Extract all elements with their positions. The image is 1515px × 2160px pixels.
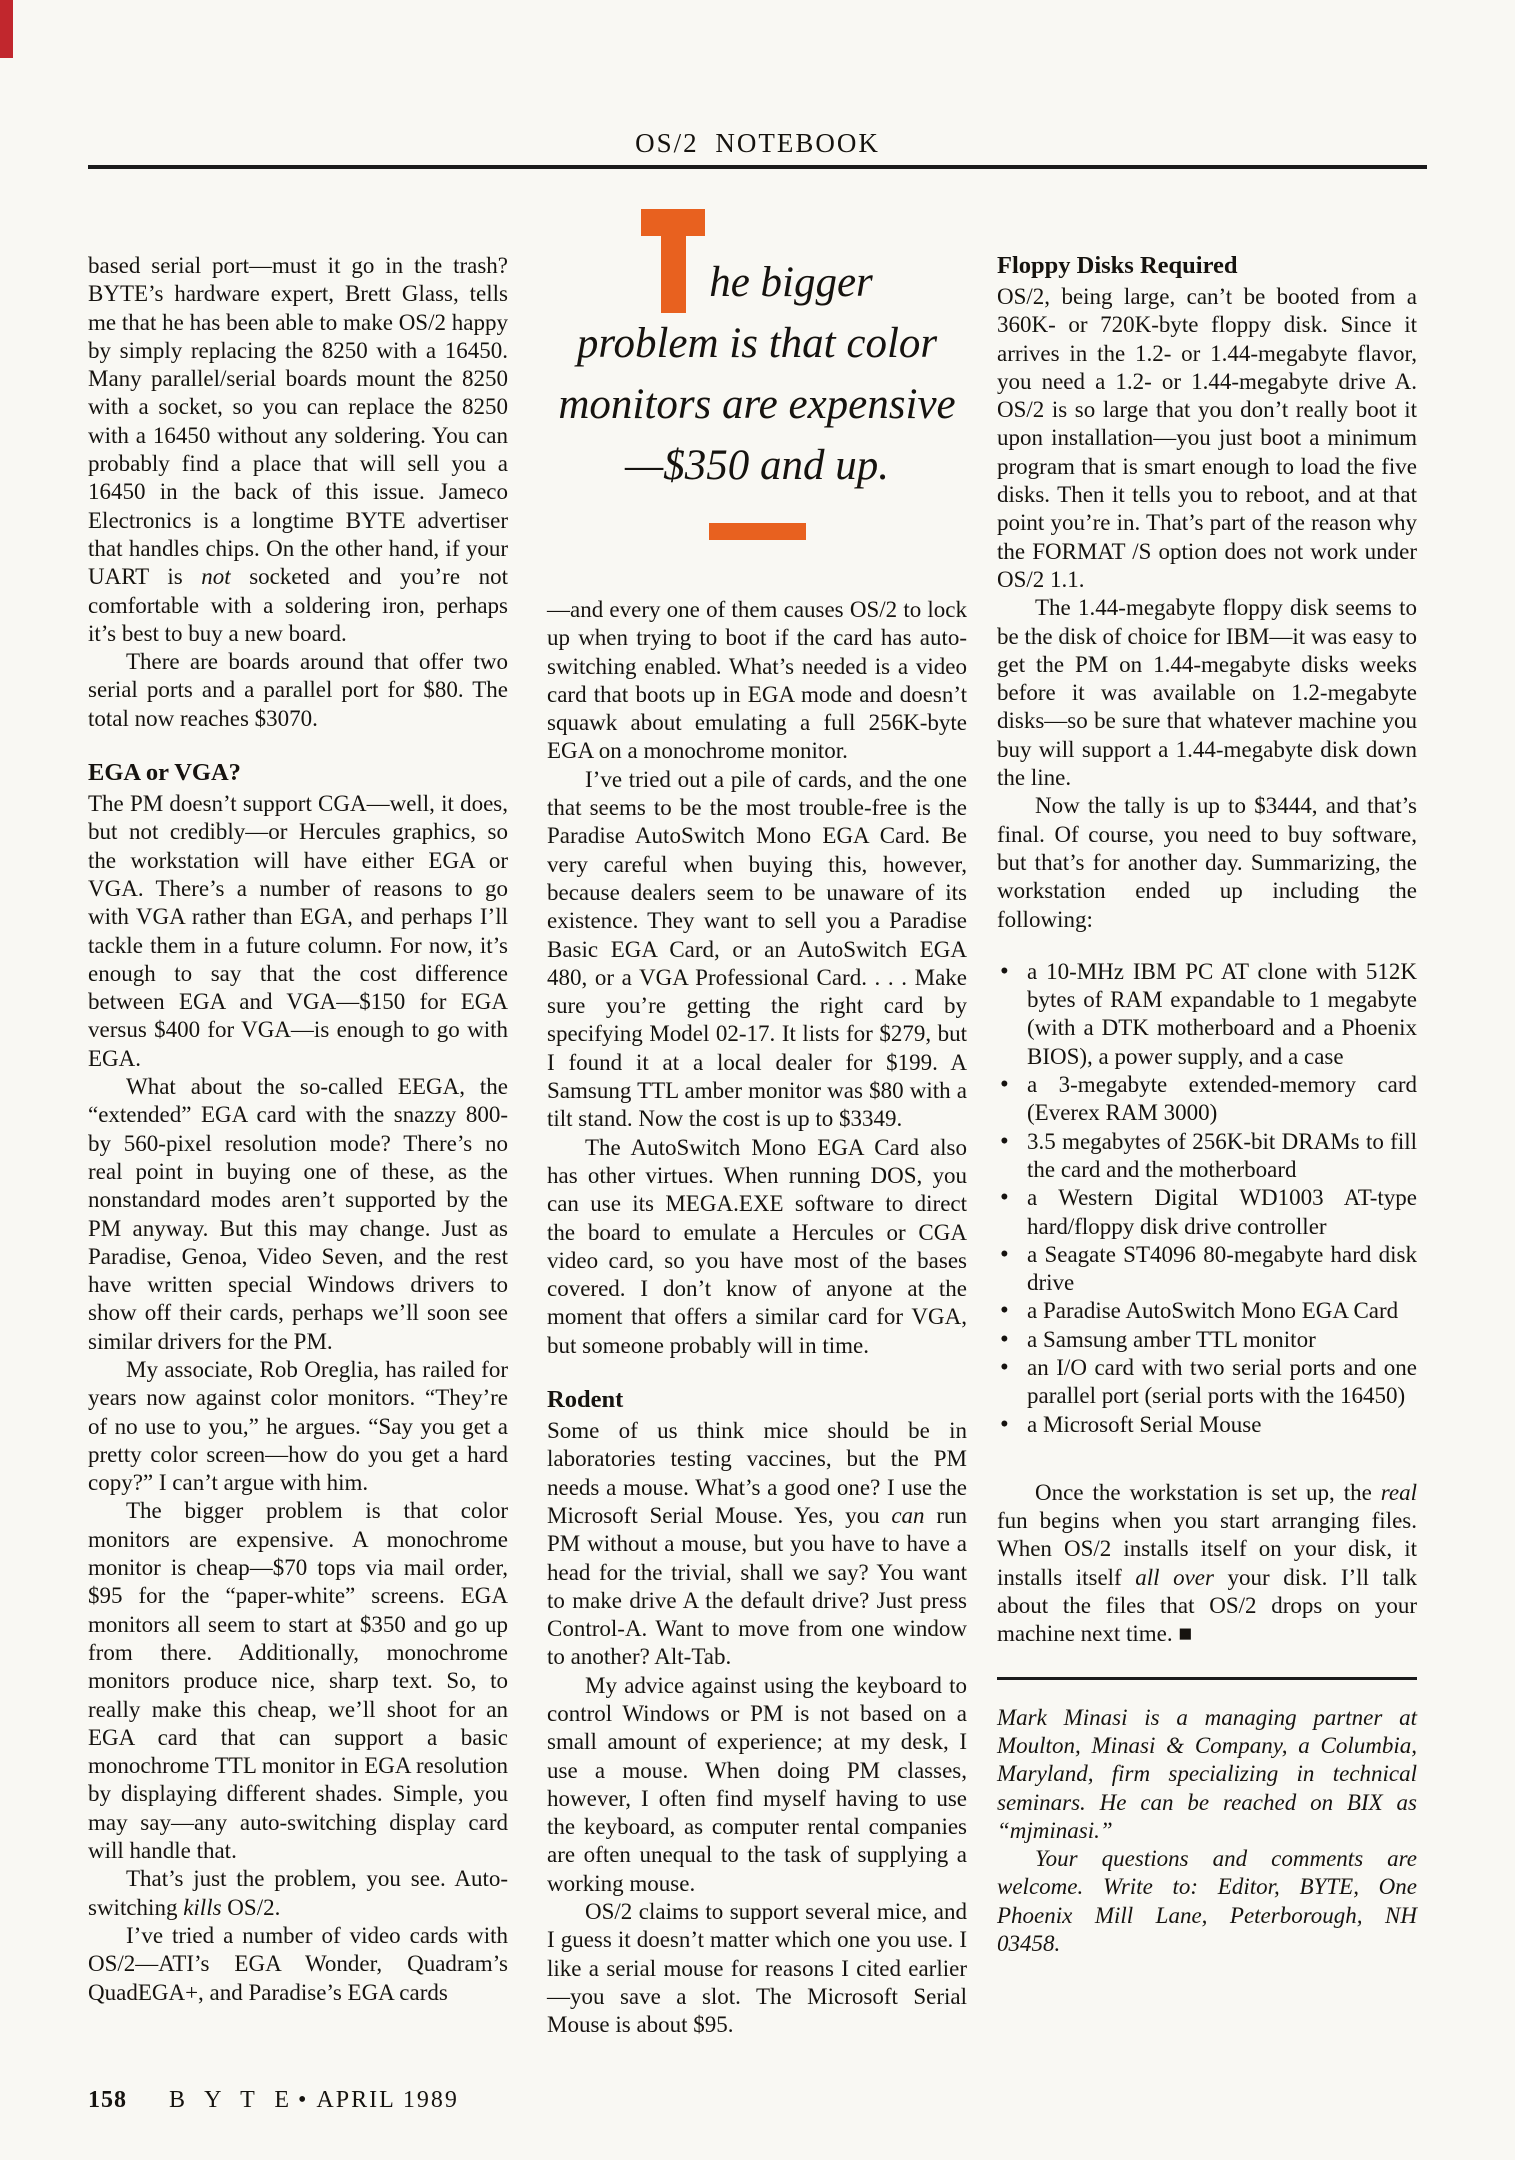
- section-heading-ega-or-vga: EGA or VGA?: [88, 759, 508, 787]
- list-item: a Seagate ST4096 80-megabyte hard disk d…: [1027, 1241, 1417, 1298]
- author-bio: Mark Minasi is a managing partner at Mou…: [997, 1704, 1417, 1845]
- pull-quote: T he bigger problem is that color monito…: [547, 205, 967, 540]
- column-2: T he bigger problem is that color monito…: [547, 205, 967, 2040]
- list-item: a Western Digital WD1003 AT-type hard/fl…: [1027, 1184, 1417, 1241]
- paragraph: What about the so-called EEGA, the “exte…: [88, 1073, 508, 1356]
- paragraph: The AutoSwitch Mono EGA Card also has ot…: [547, 1134, 967, 1360]
- pull-quote-accent-bar: [709, 523, 806, 540]
- hardware-list: a 10-MHz IBM PC AT clone with 512K bytes…: [997, 958, 1417, 1439]
- paragraph: The 1.44-megabyte floppy disk seems to b…: [997, 594, 1417, 792]
- paragraph: Once the workstation is set up, the real…: [997, 1479, 1417, 1649]
- magazine-name: B Y T E: [169, 2087, 296, 2113]
- list-item: a Microsoft Serial Mouse: [1027, 1411, 1417, 1439]
- page-edge-mark: [0, 0, 13, 58]
- paragraph: That’s just the problem, you see. Auto-s…: [88, 1865, 508, 1922]
- paragraph: Some of us think mice should be in labor…: [547, 1417, 967, 1672]
- list-item: an I/O card with two serial ports and on…: [1027, 1354, 1417, 1411]
- section-heading-floppy-disks-required: Floppy Disks Required: [997, 252, 1417, 280]
- pull-quote-line: problem is that color: [547, 313, 967, 374]
- header-rule: [88, 165, 1427, 169]
- paragraph: based serial port—must it go in the tras…: [88, 252, 508, 648]
- list-item: a Samsung amber TTL monitor: [1027, 1326, 1417, 1354]
- section-heading-rodent: Rodent: [547, 1386, 967, 1414]
- paragraph: I’ve tried out a pile of cards, and the …: [547, 766, 967, 1134]
- editor-note: Your questions and comments are welcome.…: [997, 1845, 1417, 1958]
- paragraph: There are boards around that offer two s…: [88, 648, 508, 733]
- paragraph: The bigger problem is that color monitor…: [88, 1497, 508, 1865]
- list-item: 3.5 megabytes of 256K-bit DRAMs to fill …: [1027, 1128, 1417, 1185]
- page-title: OS/2 NOTEBOOK: [0, 128, 1515, 159]
- paragraph: OS/2, being large, can’t be booted from …: [997, 283, 1417, 594]
- pull-quote-first-line: T he bigger: [547, 205, 967, 313]
- drop-cap-t: T: [641, 209, 705, 313]
- paragraph: —and every one of them causes OS/2 to lo…: [547, 596, 967, 766]
- pull-quote-line: monitors are expensive: [547, 374, 967, 435]
- paragraph: Now the tally is up to $3444, and that’s…: [997, 792, 1417, 933]
- pull-quote-line: —$350 and up.: [547, 435, 967, 496]
- magazine-page: OS/2 NOTEBOOK based serial port—must it …: [0, 0, 1515, 2160]
- paragraph: I’ve tried a number of video cards with …: [88, 1922, 508, 2007]
- footer-separator: •: [298, 2087, 306, 2113]
- list-item: a 10-MHz IBM PC AT clone with 512K bytes…: [1027, 958, 1417, 1071]
- column-1: based serial port—must it go in the tras…: [88, 252, 508, 2007]
- issue-date: APRIL 1989: [316, 2087, 458, 2113]
- page-footer: 158B Y T E•APRIL 1989: [88, 2085, 459, 2115]
- paragraph: OS/2 claims to support several mice, and…: [547, 1898, 967, 2039]
- bio-divider-rule: [997, 1677, 1417, 1680]
- list-item: a Paradise AutoSwitch Mono EGA Card: [1027, 1297, 1417, 1325]
- drop-cap-t-stem: [661, 209, 686, 313]
- paragraph: My advice against using the keyboard to …: [547, 1672, 967, 1898]
- paragraph: My associate, Rob Oreglia, has railed fo…: [88, 1356, 508, 1497]
- page-number: 158: [88, 2087, 127, 2113]
- pull-quote-line: he bigger: [709, 252, 873, 313]
- list-item: a 3-megabyte extended-memory card (Evere…: [1027, 1071, 1417, 1128]
- paragraph: The PM doesn’t support CGA—well, it does…: [88, 790, 508, 1073]
- column-3: Floppy Disks Required OS/2, being large,…: [997, 252, 1417, 1958]
